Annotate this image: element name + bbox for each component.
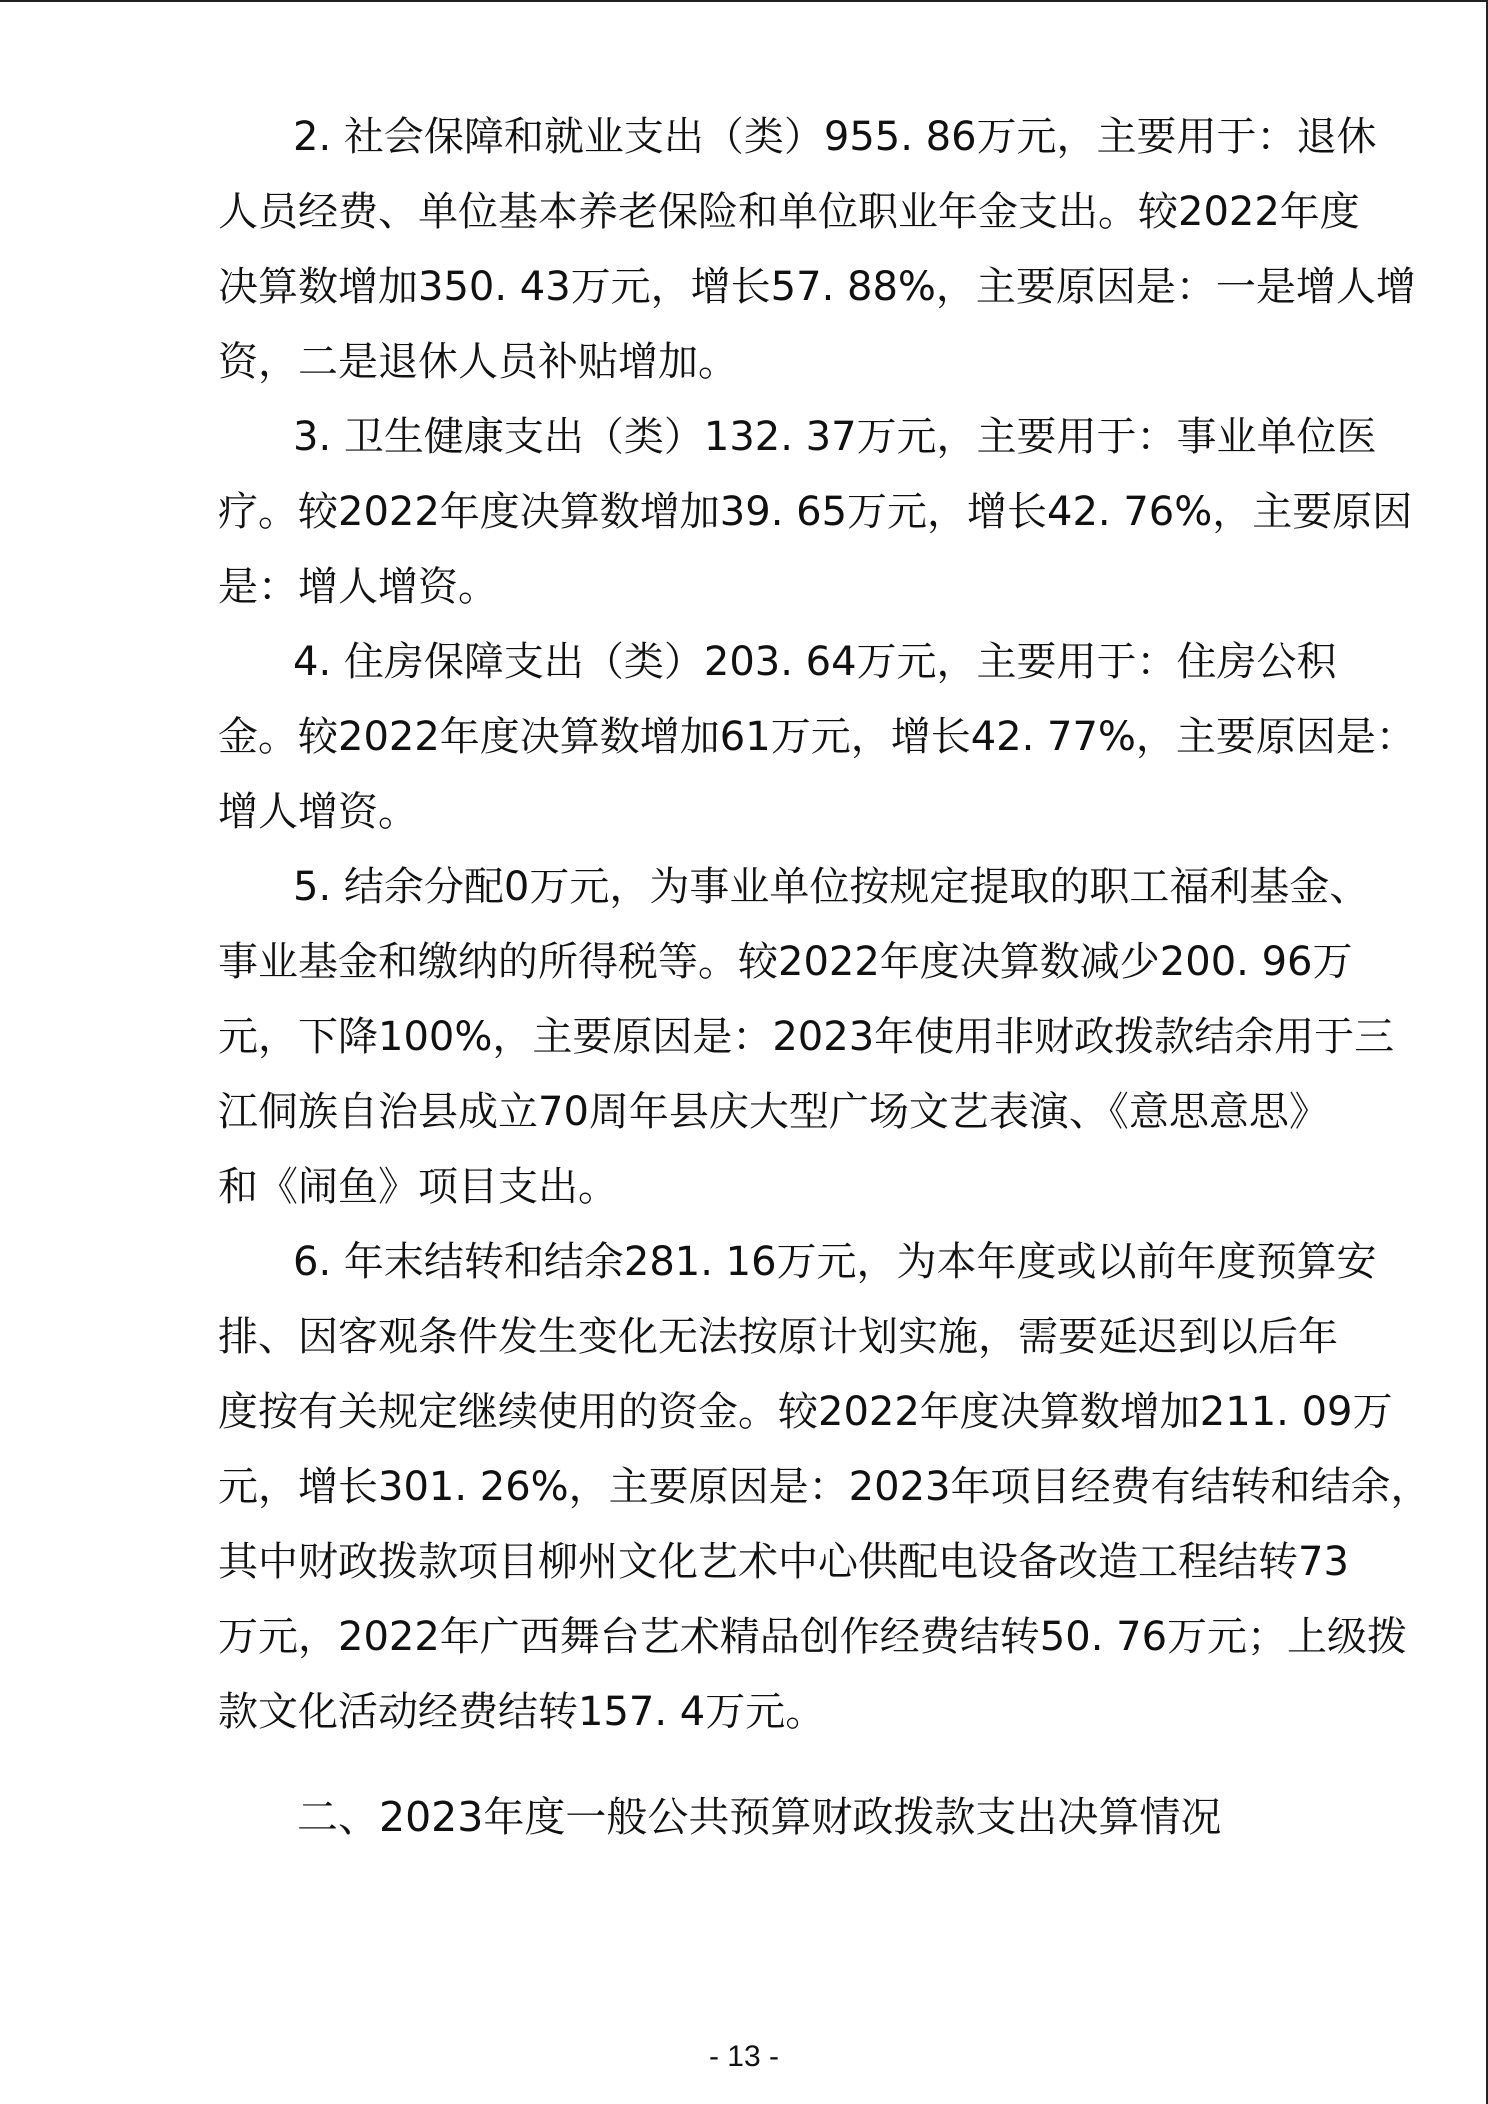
text-line: 款文化活动经费结转157. 4万元。 [218, 1675, 1288, 1750]
paragraph-surplus-distribution: 5. 结余分配0万元，为事业单位按规定提取的职工福利基金、 事业基金和缴纳的所得… [218, 850, 1288, 1225]
paragraph-health: 3. 卫生健康支出（类）132. 37万元，主要用于：事业单位医 疗。较2022… [218, 400, 1288, 625]
paragraph-housing: 4. 住房保障支出（类）203. 64万元，主要用于：住房公积 金。较2022年… [218, 625, 1288, 850]
text-line: 是：增人增资。 [218, 550, 1288, 625]
text-line: 和《闹鱼》项目支出。 [218, 1150, 1288, 1225]
text-line: 万元，2022年广西舞台艺术精品创作经费结转50. 76万元；上级拨 [218, 1600, 1288, 1675]
text-line: 决算数增加350. 43万元，增长57. 88%，主要原因是：一是增人增 [218, 250, 1288, 325]
text-line: 5. 结余分配0万元，为事业单位按规定提取的职工福利基金、 [218, 850, 1288, 925]
text-line: 事业基金和缴纳的所得税等。较2022年度决算数减少200. 96万 [218, 925, 1288, 1000]
page-edge-top [0, 0, 1488, 2]
text-line: 3. 卫生健康支出（类）132. 37万元，主要用于：事业单位医 [218, 400, 1288, 475]
text-line: 江侗族自治县成立70周年县庆大型广场文艺表演、《意思意思》 [218, 1075, 1288, 1150]
text-line: 增人增资。 [218, 775, 1288, 850]
paragraph-social-security: 2. 社会保障和就业支出（类）955. 86万元，主要用于：退休 人员经费、单位… [218, 100, 1288, 400]
text-line: 4. 住房保障支出（类）203. 64万元，主要用于：住房公积 [218, 625, 1288, 700]
document-body: 2. 社会保障和就业支出（类）955. 86万元，主要用于：退休 人员经费、单位… [218, 100, 1288, 1750]
text-line: 人员经费、单位基本养老保险和单位职业年金支出。较2022年度 [218, 175, 1288, 250]
text-line: 排、因客观条件发生变化无法按原计划实施，需要延迟到以后年 [218, 1300, 1288, 1375]
text-line: 元，下降100%，主要原因是：2023年使用非财政拨款结余用于三 [218, 1000, 1288, 1075]
text-line: 金。较2022年度决算数增加61万元，增长42. 77%，主要原因是： [218, 700, 1288, 775]
page-number: - 13 - [0, 2040, 1488, 2074]
text-line: 6. 年末结转和结余281. 16万元，为本年度或以前年度预算安 [218, 1225, 1288, 1300]
text-line: 元，增长301. 26%，主要原因是：2023年项目经费有结转和结余， [218, 1450, 1288, 1525]
paragraph-year-end-carryover: 6. 年末结转和结余281. 16万元，为本年度或以前年度预算安 排、因客观条件… [218, 1225, 1288, 1750]
text-line: 2. 社会保障和就业支出（类）955. 86万元，主要用于：退休 [218, 100, 1288, 175]
text-line: 其中财政拨款项目柳州文化艺术中心供配电设备改造工程结转73 [218, 1525, 1288, 1600]
text-line: 资，二是退休人员补贴增加。 [218, 325, 1288, 400]
section-heading: 二、2023年度一般公共预算财政拨款支出决算情况 [297, 1780, 1221, 1855]
text-line: 度按有关规定继续使用的资金。较2022年度决算数增加211. 09万 [218, 1375, 1288, 1450]
text-line: 疗。较2022年度决算数增加39. 65万元，增长42. 76%，主要原因 [218, 475, 1288, 550]
